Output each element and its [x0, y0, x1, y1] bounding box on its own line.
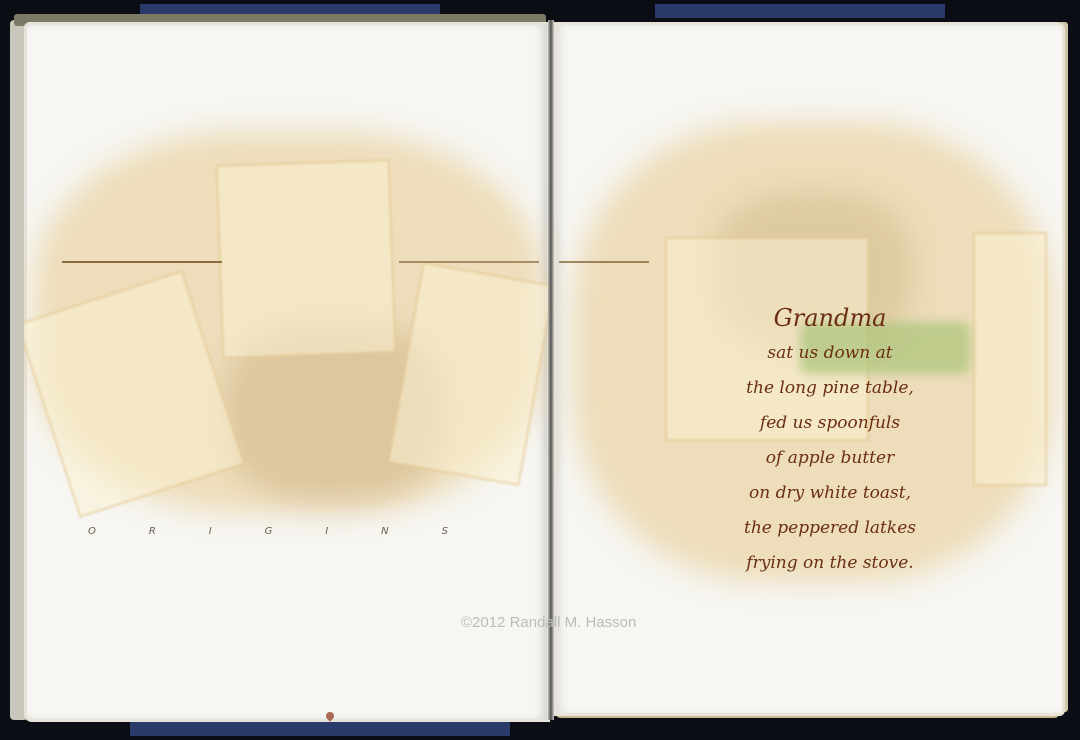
poem-line: fed us spoonfuls	[720, 406, 940, 441]
origins-letter: S	[442, 526, 448, 537]
origins-label: O R I G I N S	[88, 526, 448, 537]
origins-letter: O	[88, 526, 96, 537]
poem-line: of apple butter	[720, 441, 940, 476]
horizontal-rule	[399, 261, 539, 263]
paint-block	[973, 232, 1047, 486]
poem-title: Grandma	[720, 300, 940, 336]
copyright-watermark: ©2012 Randall M. Hasson	[461, 614, 636, 631]
poem-line: on dry white toast,	[720, 476, 940, 511]
cover-bottom-left	[130, 722, 510, 736]
poem-line: the peppered latkes	[720, 511, 940, 546]
origins-letter: I	[325, 526, 328, 537]
poem-line: the long pine table,	[720, 371, 940, 406]
origins-letter: N	[381, 526, 388, 537]
origins-letter: G	[265, 526, 273, 537]
cover-top-right	[655, 4, 945, 18]
origins-letter: I	[209, 526, 212, 537]
origins-letter: R	[149, 526, 156, 537]
poem-line: sat us down at	[720, 336, 940, 371]
poem: Grandma sat us down at the long pine tab…	[720, 300, 940, 581]
horizontal-rule	[62, 261, 222, 263]
poem-line: frying on the stove.	[720, 546, 940, 581]
paint-block	[216, 159, 397, 359]
horizontal-rule	[559, 261, 649, 263]
book-spread: O R I G I N S Grandma sat us down at the…	[0, 0, 1080, 740]
